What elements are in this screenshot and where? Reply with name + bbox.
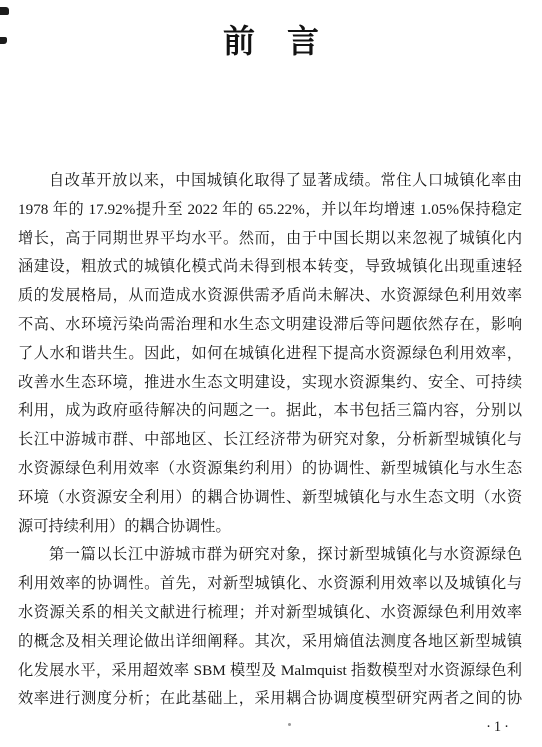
- text-line: 长江中游城市群、中部地区、长江经济带为研究对象，分析新型城镇化与: [18, 426, 522, 455]
- text-line: 源可持续利用）的耦合协调性。: [18, 513, 522, 542]
- text-line: 化发展水平，采用超效率 SBM 模型及 Malmquist 指数模型对水资源绿色…: [18, 657, 522, 686]
- text-line: 的概念及相关理论做出详细阐释。其次，采用熵值法测度各地区新型城镇: [18, 628, 522, 657]
- text-line: 第一篇以长江中游城市群为研究对象，探讨新型城镇化与水资源绿色: [18, 541, 522, 570]
- scan-artifact-mark: [0, 7, 9, 15]
- text-line: 利用效率的协调性。首先，对新型城镇化、水资源利用效率以及城镇化与: [18, 570, 522, 599]
- text-line: 环境（水资源安全利用）的耦合协调性、新型城镇化与水生态文明（水资: [18, 484, 522, 513]
- text-line: 改善水生态环境，推进水生态文明建设，实现水资源集约、安全、可持续: [18, 369, 522, 398]
- text-line: 水资源绿色利用效率（水资源集约利用）的协调性、新型城镇化与水生态: [18, 455, 522, 484]
- preface-body: 自改革开放以来，中国城镇化取得了显著成绩。常住人口城镇化率由 1978 年的 1…: [18, 167, 522, 714]
- page-number: ·1·: [486, 719, 512, 736]
- scan-speck: [288, 723, 291, 726]
- text-line: 自改革开放以来，中国城镇化取得了显著成绩。常住人口城镇化率由: [18, 167, 522, 196]
- text-line: 质的发展格局，从而造成水资源供需矛盾尚未解决、水资源绿色利用效率: [18, 282, 522, 311]
- text-line: 水资源关系的相关文献进行梳理；并对新型城镇化、水资源绿色利用效率: [18, 599, 522, 628]
- text-line: 不高、水环境污染尚需治理和水生态文明建设滞后等问题依然存在，影响: [18, 311, 522, 340]
- page-title: 前 言: [0, 22, 542, 60]
- text-line: 效率进行测度分析；在此基础上，采用耦合协调度模型研究两者之间的协: [18, 685, 522, 714]
- book-page: 前 言 自改革开放以来，中国城镇化取得了显著成绩。常住人口城镇化率由 1978 …: [0, 0, 542, 747]
- text-line: 涵建设，粗放式的城镇化模式尚未得到根本转变，导致城镇化出现重速轻: [18, 253, 522, 282]
- text-line: 1978 年的 17.92%提升至 2022 年的 65.22%，并以年均增速 …: [18, 196, 522, 225]
- text-line: 利用，成为政府亟待解决的问题之一。据此，本书包括三篇内容，分别以: [18, 397, 522, 426]
- text-line: 增长，高于同期世界平均水平。然而，由于中国长期以来忽视了城镇化内: [18, 225, 522, 254]
- text-line: 了人水和谐共生。因此，如何在城镇化进程下提高水资源绿色利用效率，: [18, 340, 522, 369]
